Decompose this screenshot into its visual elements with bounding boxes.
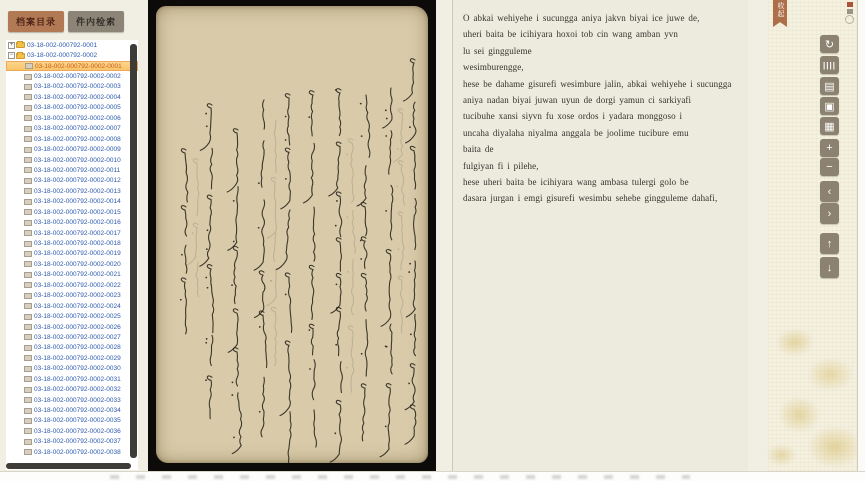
- manuscript-viewer[interactable]: [148, 0, 436, 471]
- manuscript-script: [156, 6, 428, 463]
- tree-item[interactable]: 03-18-002-000792-0002-0012: [6, 176, 138, 186]
- page-icon: [24, 188, 32, 194]
- expander-icon[interactable]: −: [8, 52, 15, 59]
- sidebar-tabs: 档案目录 件内检索: [8, 11, 124, 32]
- page-icon: [24, 147, 32, 153]
- page-icon: [24, 397, 32, 403]
- tree-item-label: 03-18-002-000792-0002-0025: [34, 313, 121, 320]
- transcript-line: aniya nadan biyai juwan uyun de dorgi ya…: [463, 92, 740, 108]
- page-icon: [24, 157, 32, 163]
- page-icon: [24, 94, 32, 100]
- tree-item-label: 03-18-002-000792-0002-0014: [34, 198, 121, 205]
- tree-item[interactable]: 03-18-002-000792-0002-0024: [6, 301, 138, 311]
- archive-tree-panel: +03-18-002-000792-0001−03-18-002-000792-…: [6, 40, 138, 470]
- tree-item[interactable]: 03-18-002-000792-0002-0038: [6, 447, 138, 457]
- tree-item-label: 03-18-002-000792-0002-0002: [34, 73, 121, 80]
- page-icon: [24, 167, 32, 173]
- page-icon: [24, 178, 32, 184]
- page-icon: [24, 449, 32, 455]
- tree-item-label: 03-18-002-000792-0002-0007: [34, 125, 121, 132]
- tree-item-label: 03-18-002-000792-0002-0011: [34, 167, 120, 174]
- page-icon: [24, 387, 32, 393]
- transcript-line: baita de: [463, 141, 740, 157]
- tree-folder[interactable]: +03-18-002-000792-0001: [6, 40, 138, 50]
- page-icon: [24, 324, 32, 330]
- tree-item-label: 03-18-002-000792-0002-0008: [34, 136, 121, 143]
- tree-item-label: 03-18-002-000792-0002-0015: [34, 209, 121, 216]
- page-icon: [25, 63, 33, 69]
- corner-circle-icon: [845, 15, 854, 24]
- transcript-line: dasara jurgan i emgi gisurefi wesimbu se…: [463, 190, 740, 206]
- transcript-line: uheri baita be icihiyara hoxoi tob cin w…: [463, 26, 740, 42]
- page-icon: [24, 220, 32, 226]
- tree-item-label: 03-18-002-000792-0002-0035: [34, 417, 121, 424]
- page-icon: [24, 376, 32, 382]
- tree-item-label: 03-18-002-000792-0002-0031: [34, 376, 121, 383]
- tree-item-label: 03-18-002-000792-0002-0005: [34, 104, 121, 111]
- zoom-out-icon[interactable]: −: [820, 158, 839, 176]
- tree-item-label: 03-18-002-000792-0002-0029: [34, 355, 121, 362]
- grid-icon[interactable]: ▦: [820, 117, 839, 135]
- page-icon: [24, 428, 32, 434]
- tree-item[interactable]: 03-18-002-000792-0002-0008: [6, 134, 138, 144]
- tree-item-label: 03-18-002-000792-0002-0034: [34, 407, 121, 414]
- tree-item[interactable]: 03-18-002-000792-0002-0009: [6, 144, 138, 154]
- tree-item[interactable]: 03-18-002-000792-0002-0019: [6, 249, 138, 259]
- decorative-sidebar: [768, 0, 857, 471]
- tab-archive-catalog[interactable]: 档案目录: [8, 11, 64, 32]
- tree-item[interactable]: 03-18-002-000792-0002-0006: [6, 113, 138, 123]
- tree-item[interactable]: 03-18-002-000792-0002-0025: [6, 311, 138, 321]
- tree-item[interactable]: 03-18-002-000792-0002-0031: [6, 374, 138, 384]
- tree-item-label: 03-18-002-000792-0002-0010: [34, 157, 121, 164]
- page-icon: [24, 303, 32, 309]
- tree-item-label: 03-18-002-000792-0002-0003: [34, 83, 121, 90]
- tree-horizontal-scrollbar[interactable]: [6, 463, 131, 469]
- page-icon: [24, 209, 32, 215]
- tree-item-label: 03-18-002-000792-0002-0022: [34, 282, 121, 289]
- scroll-down-icon[interactable]: ↓: [820, 257, 839, 278]
- transcript-line: fulgiyan fi i pilehe,: [463, 158, 740, 174]
- page-icon: [24, 345, 32, 351]
- tree-item[interactable]: 03-18-002-000792-0002-0018: [6, 238, 138, 248]
- image-doc-icon[interactable]: ▤: [820, 77, 839, 95]
- page-icon: [24, 366, 32, 372]
- page-icon: [24, 272, 32, 278]
- page-icon: [24, 282, 32, 288]
- transcript-panel: O abkai wehiyehe i sucungga aniya jakvn …: [452, 0, 748, 471]
- tree-item-label: 03-18-002-000792-0002-0038: [34, 449, 121, 456]
- corner-gray-square-icon: [847, 9, 853, 14]
- vertical-text-icon[interactable]: ||||: [820, 56, 839, 74]
- page-icon: [24, 261, 32, 267]
- page-icon: [24, 251, 32, 257]
- tree-item[interactable]: 03-18-002-000792-0002-0003: [6, 82, 138, 92]
- tree-item-label: 03-18-002-000792-0002-0017: [34, 230, 121, 237]
- page-icon: [24, 84, 32, 90]
- viewer-toolbar: ↻||||▤▣▦+−‹›↑↓: [820, 0, 840, 300]
- tree-item-label: 03-18-002-000792-0002: [27, 52, 97, 59]
- right-edge-strip: [857, 0, 865, 471]
- tree-item-label: 03-18-002-000792-0002-0019: [34, 250, 121, 257]
- corner-red-square-icon: [847, 2, 853, 7]
- tree-item[interactable]: 03-18-002-000792-0002-0020: [6, 259, 138, 269]
- tree-item[interactable]: 03-18-002-000792-0002-0015: [6, 207, 138, 217]
- tree-item[interactable]: 03-18-002-000792-0002-0016: [6, 217, 138, 227]
- tree-item[interactable]: 03-18-002-000792-0002-0023: [6, 291, 138, 301]
- page-icon: [24, 241, 32, 247]
- tree-item[interactable]: 03-18-002-000792-0002-0017: [6, 228, 138, 238]
- tree-item-label: 03-18-002-000792-0002-0013: [34, 188, 121, 195]
- tree-item[interactable]: 03-18-002-000792-0002-0011: [6, 165, 138, 175]
- next-page-icon[interactable]: ›: [820, 203, 839, 224]
- page-icon: [24, 408, 32, 414]
- page-icon: [24, 74, 32, 80]
- page-icon: [24, 126, 32, 132]
- tree-item[interactable]: 03-18-002-000792-0002-0033: [6, 395, 138, 405]
- tree-item-label: 03-18-002-000792-0002-0018: [34, 240, 121, 247]
- transcript-line: hese be dahame gisurefi wesimbure jalin,…: [463, 76, 740, 92]
- tree-item-label: 03-18-002-000792-0001: [27, 42, 97, 49]
- tree-list: +03-18-002-000792-0001−03-18-002-000792-…: [6, 40, 138, 458]
- tree-item[interactable]: 03-18-002-000792-0002-0029: [6, 353, 138, 363]
- manuscript-page-image: [156, 6, 428, 463]
- tree-item[interactable]: 03-18-002-000792-0002-0022: [6, 280, 138, 290]
- tree-item[interactable]: 03-18-002-000792-0002-0036: [6, 426, 138, 436]
- screen-icon[interactable]: ▣: [820, 97, 839, 115]
- page-icon: [24, 136, 32, 142]
- tree-folder[interactable]: −03-18-002-000792-0002: [6, 50, 138, 60]
- tree-item-label: 03-18-002-000792-0002-0016: [34, 219, 121, 226]
- bottom-cutoff-strip: [0, 471, 865, 481]
- folder-icon: [16, 42, 25, 48]
- zoom-in-icon[interactable]: +: [820, 139, 839, 157]
- transcript-line: uncaha diyalaha niyalma anggala be jooli…: [463, 125, 740, 141]
- tree-item-label: 03-18-002-000792-0002-0036: [34, 428, 121, 435]
- scroll-up-icon[interactable]: ↑: [820, 233, 839, 254]
- corner-widget[interactable]: [845, 2, 857, 26]
- tree-item-label: 03-18-002-000792-0002-0024: [34, 303, 121, 310]
- page-icon: [24, 105, 32, 111]
- tree-item-label: 03-18-002-000792-0002-0004: [34, 94, 121, 101]
- collapse-ribbon-label: 收起: [775, 2, 785, 18]
- page-icon: [24, 293, 32, 299]
- tree-item-label: 03-18-002-000792-0002-0012: [34, 177, 121, 184]
- page-icon: [24, 314, 32, 320]
- tree-item-label: 03-18-002-000792-0002-0032: [34, 386, 121, 393]
- tree-item-label: 03-18-002-000792-0002-0027: [34, 334, 121, 341]
- tree-item[interactable]: 03-18-002-000792-0002-0035: [6, 416, 138, 426]
- tree-item[interactable]: 03-18-002-000792-0002-0004: [6, 92, 138, 102]
- page-icon: [24, 230, 32, 236]
- expander-icon[interactable]: +: [8, 42, 15, 49]
- rotate-icon[interactable]: ↻: [820, 35, 839, 53]
- tree-item[interactable]: 03-18-002-000792-0002-0010: [6, 155, 138, 165]
- tree-item[interactable]: 03-18-002-000792-0002-0027: [6, 332, 138, 342]
- tree-item[interactable]: 03-18-002-000792-0002-0005: [6, 103, 138, 113]
- tree-item-label: 03-18-002-000792-0002-0020: [34, 261, 121, 268]
- dragon-watermark: [768, 310, 857, 471]
- tree-item[interactable]: 03-18-002-000792-0002-0001: [6, 61, 138, 71]
- tree-item-label: 03-18-002-000792-0002-0033: [34, 397, 121, 404]
- tree-item[interactable]: 03-18-002-000792-0002-0032: [6, 384, 138, 394]
- folder-icon: [16, 53, 25, 59]
- transcript-line: wesimburengge,: [463, 59, 740, 75]
- tree-item-label: 03-18-002-000792-0002-0030: [34, 365, 121, 372]
- tree-item-label: 03-18-002-000792-0002-0006: [34, 115, 121, 122]
- tree-item[interactable]: 03-18-002-000792-0002-0013: [6, 186, 138, 196]
- page-icon: [24, 418, 32, 424]
- tree-item-label: 03-18-002-000792-0002-0026: [34, 324, 121, 331]
- tree-item[interactable]: 03-18-002-000792-0002-0028: [6, 343, 138, 353]
- tree-item[interactable]: 03-18-002-000792-0002-0026: [6, 322, 138, 332]
- transcript-line: O abkai wehiyehe i sucungga aniya jakvn …: [463, 10, 740, 26]
- page-icon: [24, 115, 32, 121]
- tab-in-item-search[interactable]: 件内检索: [68, 11, 124, 32]
- transcript-line: tucibuhe xansi siyvn fu xose ordos i yad…: [463, 108, 740, 124]
- tree-item-label: 03-18-002-000792-0002-0021: [34, 271, 121, 278]
- page-icon: [24, 334, 32, 340]
- tree-item-label: 03-18-002-000792-0002-0037: [34, 438, 121, 445]
- tree-item[interactable]: 03-18-002-000792-0002-0014: [6, 197, 138, 207]
- transcript-line: hese uheri baita be icihiyara wang ambas…: [463, 174, 740, 190]
- prev-page-icon[interactable]: ‹: [820, 181, 839, 202]
- page-icon: [24, 439, 32, 445]
- tree-item-label: 03-18-002-000792-0002-0028: [34, 344, 121, 351]
- page-icon: [24, 355, 32, 361]
- tree-item[interactable]: 03-18-002-000792-0002-0007: [6, 124, 138, 134]
- tree-vertical-scrollbar[interactable]: [130, 44, 137, 458]
- tree-item[interactable]: 03-18-002-000792-0002-0034: [6, 405, 138, 415]
- tree-item[interactable]: 03-18-002-000792-0002-0002: [6, 71, 138, 81]
- tree-item[interactable]: 03-18-002-000792-0002-0021: [6, 270, 138, 280]
- tree-item-label: 03-18-002-000792-0002-0009: [34, 146, 121, 153]
- tree-item[interactable]: 03-18-002-000792-0002-0037: [6, 437, 138, 447]
- transcript-line: lu sei gingguleme: [463, 43, 740, 59]
- tree-item-label: 03-18-002-000792-0002-0023: [34, 292, 121, 299]
- tree-item[interactable]: 03-18-002-000792-0002-0030: [6, 364, 138, 374]
- page-icon: [24, 199, 32, 205]
- cutoff-content: [110, 475, 690, 479]
- tree-item-label: 03-18-002-000792-0002-0001: [35, 63, 122, 70]
